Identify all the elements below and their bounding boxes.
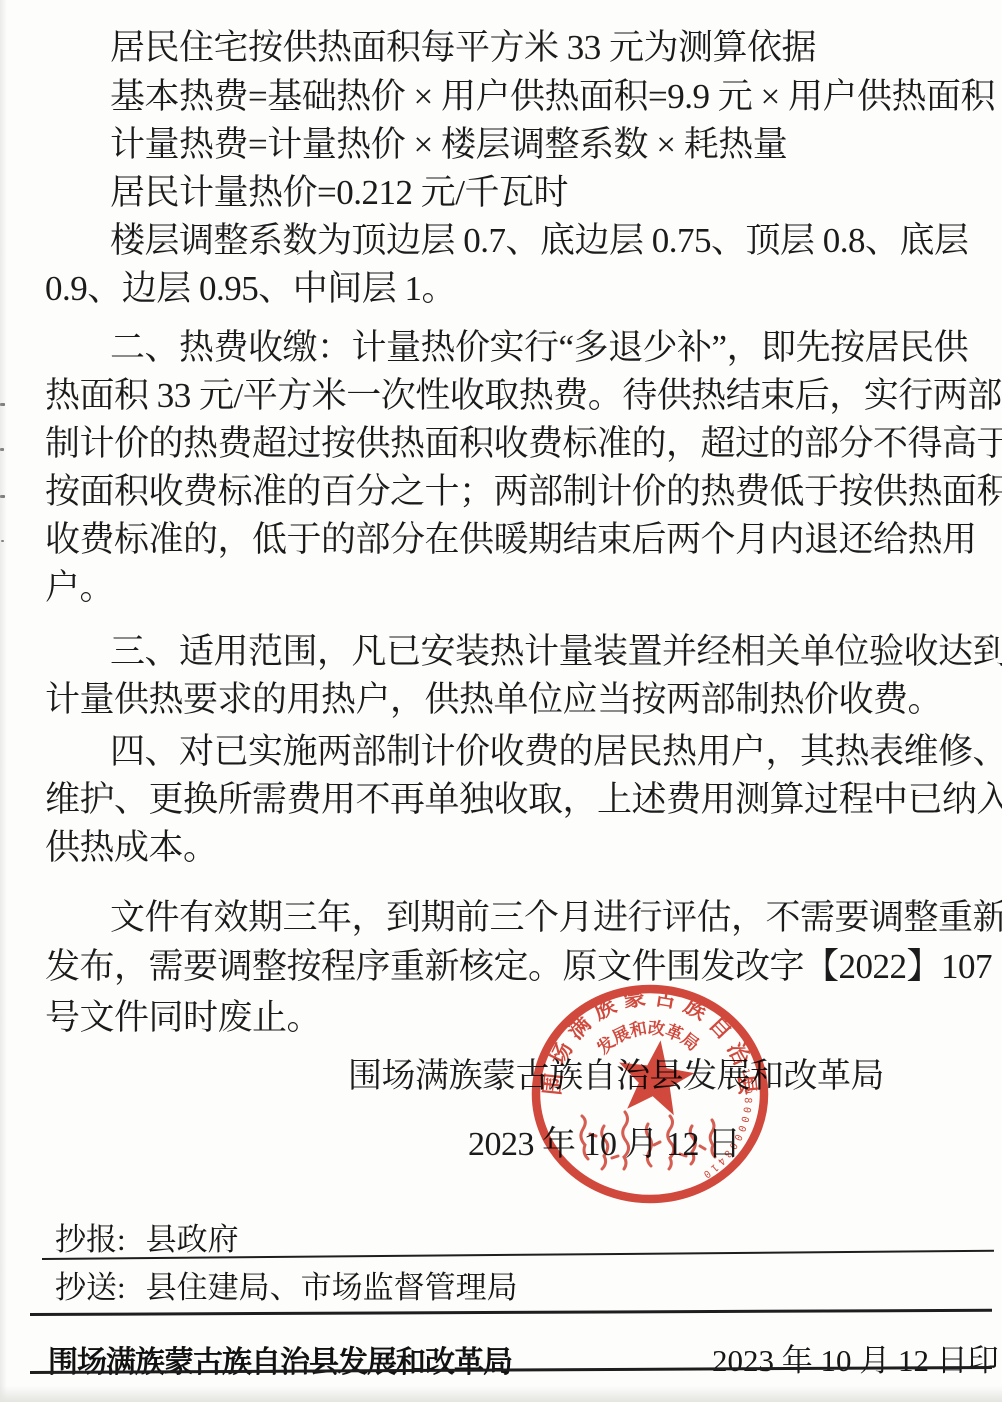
document-line: 按面积收费标准的百分之十；两部制计价的热费低于按供热面积: [45, 474, 1002, 509]
document-line: 号文件同时废止。: [45, 1000, 321, 1035]
scan-edge-shading: [0, 1386, 1002, 1402]
seal-inner-text: 发展和改革局: [592, 1017, 702, 1058]
document-line: 计量热费=计量热价 × 楼层调整系数 × 耗热量: [110, 127, 787, 162]
copy-send-value: 县住建局、市场监督管理局: [146, 1270, 518, 1305]
copy-report-label: 抄报:: [55, 1222, 126, 1257]
document-line: 收费标准的，低于的部分在供暖期结束后两个月内退还给热用: [45, 522, 977, 557]
scan-edge-shading: [0, 0, 7, 1402]
footer-print-date: 2023 年 10 月 12 日印: [712, 1335, 999, 1380]
scanned-document-page: 居民住宅按供热面积每平方米 33 元为测算依据 基本热费=基础热价 × 用户供热…: [0, 0, 1002, 1402]
document-line: 户。: [45, 570, 114, 605]
document-line: 居民住宅按供热面积每平方米 33 元为测算依据: [110, 30, 816, 65]
copy-report-value: 县政府: [146, 1222, 239, 1257]
official-seal: 围场满族蒙古族自治县 发展和改革局 1308000008410: [520, 976, 782, 1218]
copy-send-row: 抄送:县住建局、市场监督管理局: [55, 1272, 518, 1303]
signature-issuer: 围场满族蒙古族自治县发展和改革局: [348, 1060, 884, 1094]
document-line: 文件有效期三年，到期前三个月进行评估，不需要调整重新: [110, 900, 1002, 935]
horizontal-rule: [30, 1309, 992, 1316]
document-line: 热面积 33 元/平方米一次性收取热费。待供热结束后，实行两部: [45, 378, 1002, 413]
signature-date: 2023 年 10 月 12 日: [468, 1128, 741, 1162]
document-line: 基本热费=基础热价 × 用户供热面积=9.9 元 × 用户供热面积: [110, 79, 995, 114]
document-line: 计量供热要求的用热户，供热单位应当按两部制热价收费。: [45, 682, 942, 717]
copy-report-row: 抄报:县政府: [55, 1224, 239, 1255]
document-line: 0.9、边层 0.95、中间层 1。: [45, 271, 456, 306]
document-line: 发布，需要调整按程序重新核定。原文件围发改字【2022】107: [45, 949, 992, 984]
footer-issuer: 围场满族蒙古族自治县发展和改革局: [48, 1337, 512, 1381]
document-line: 四、对已实施两部制计价收费的居民热用户，其热表维修、: [110, 734, 1002, 769]
document-line: 制计价的热费超过按供热面积收费标准的，超过的部分不得高于: [45, 426, 1002, 461]
copy-send-label: 抄送:: [55, 1270, 126, 1305]
document-line: 二、热费收缴：计量热价实行“多退少补”，即先按居民供: [110, 330, 968, 365]
document-line: 供热成本。: [45, 830, 218, 865]
document-line: 维护、更换所需费用不再单独收取，上述费用测算过程中已纳入: [45, 782, 1002, 817]
document-line: 三、适用范围，凡已安装热计量装置并经相关单位验收达到: [110, 634, 1002, 669]
document-line: 楼层调整系数为顶边层 0.7、底边层 0.75、顶层 0.8、底层: [110, 223, 969, 258]
document-line: 居民计量热价=0.212 元/千瓦时: [110, 175, 568, 210]
